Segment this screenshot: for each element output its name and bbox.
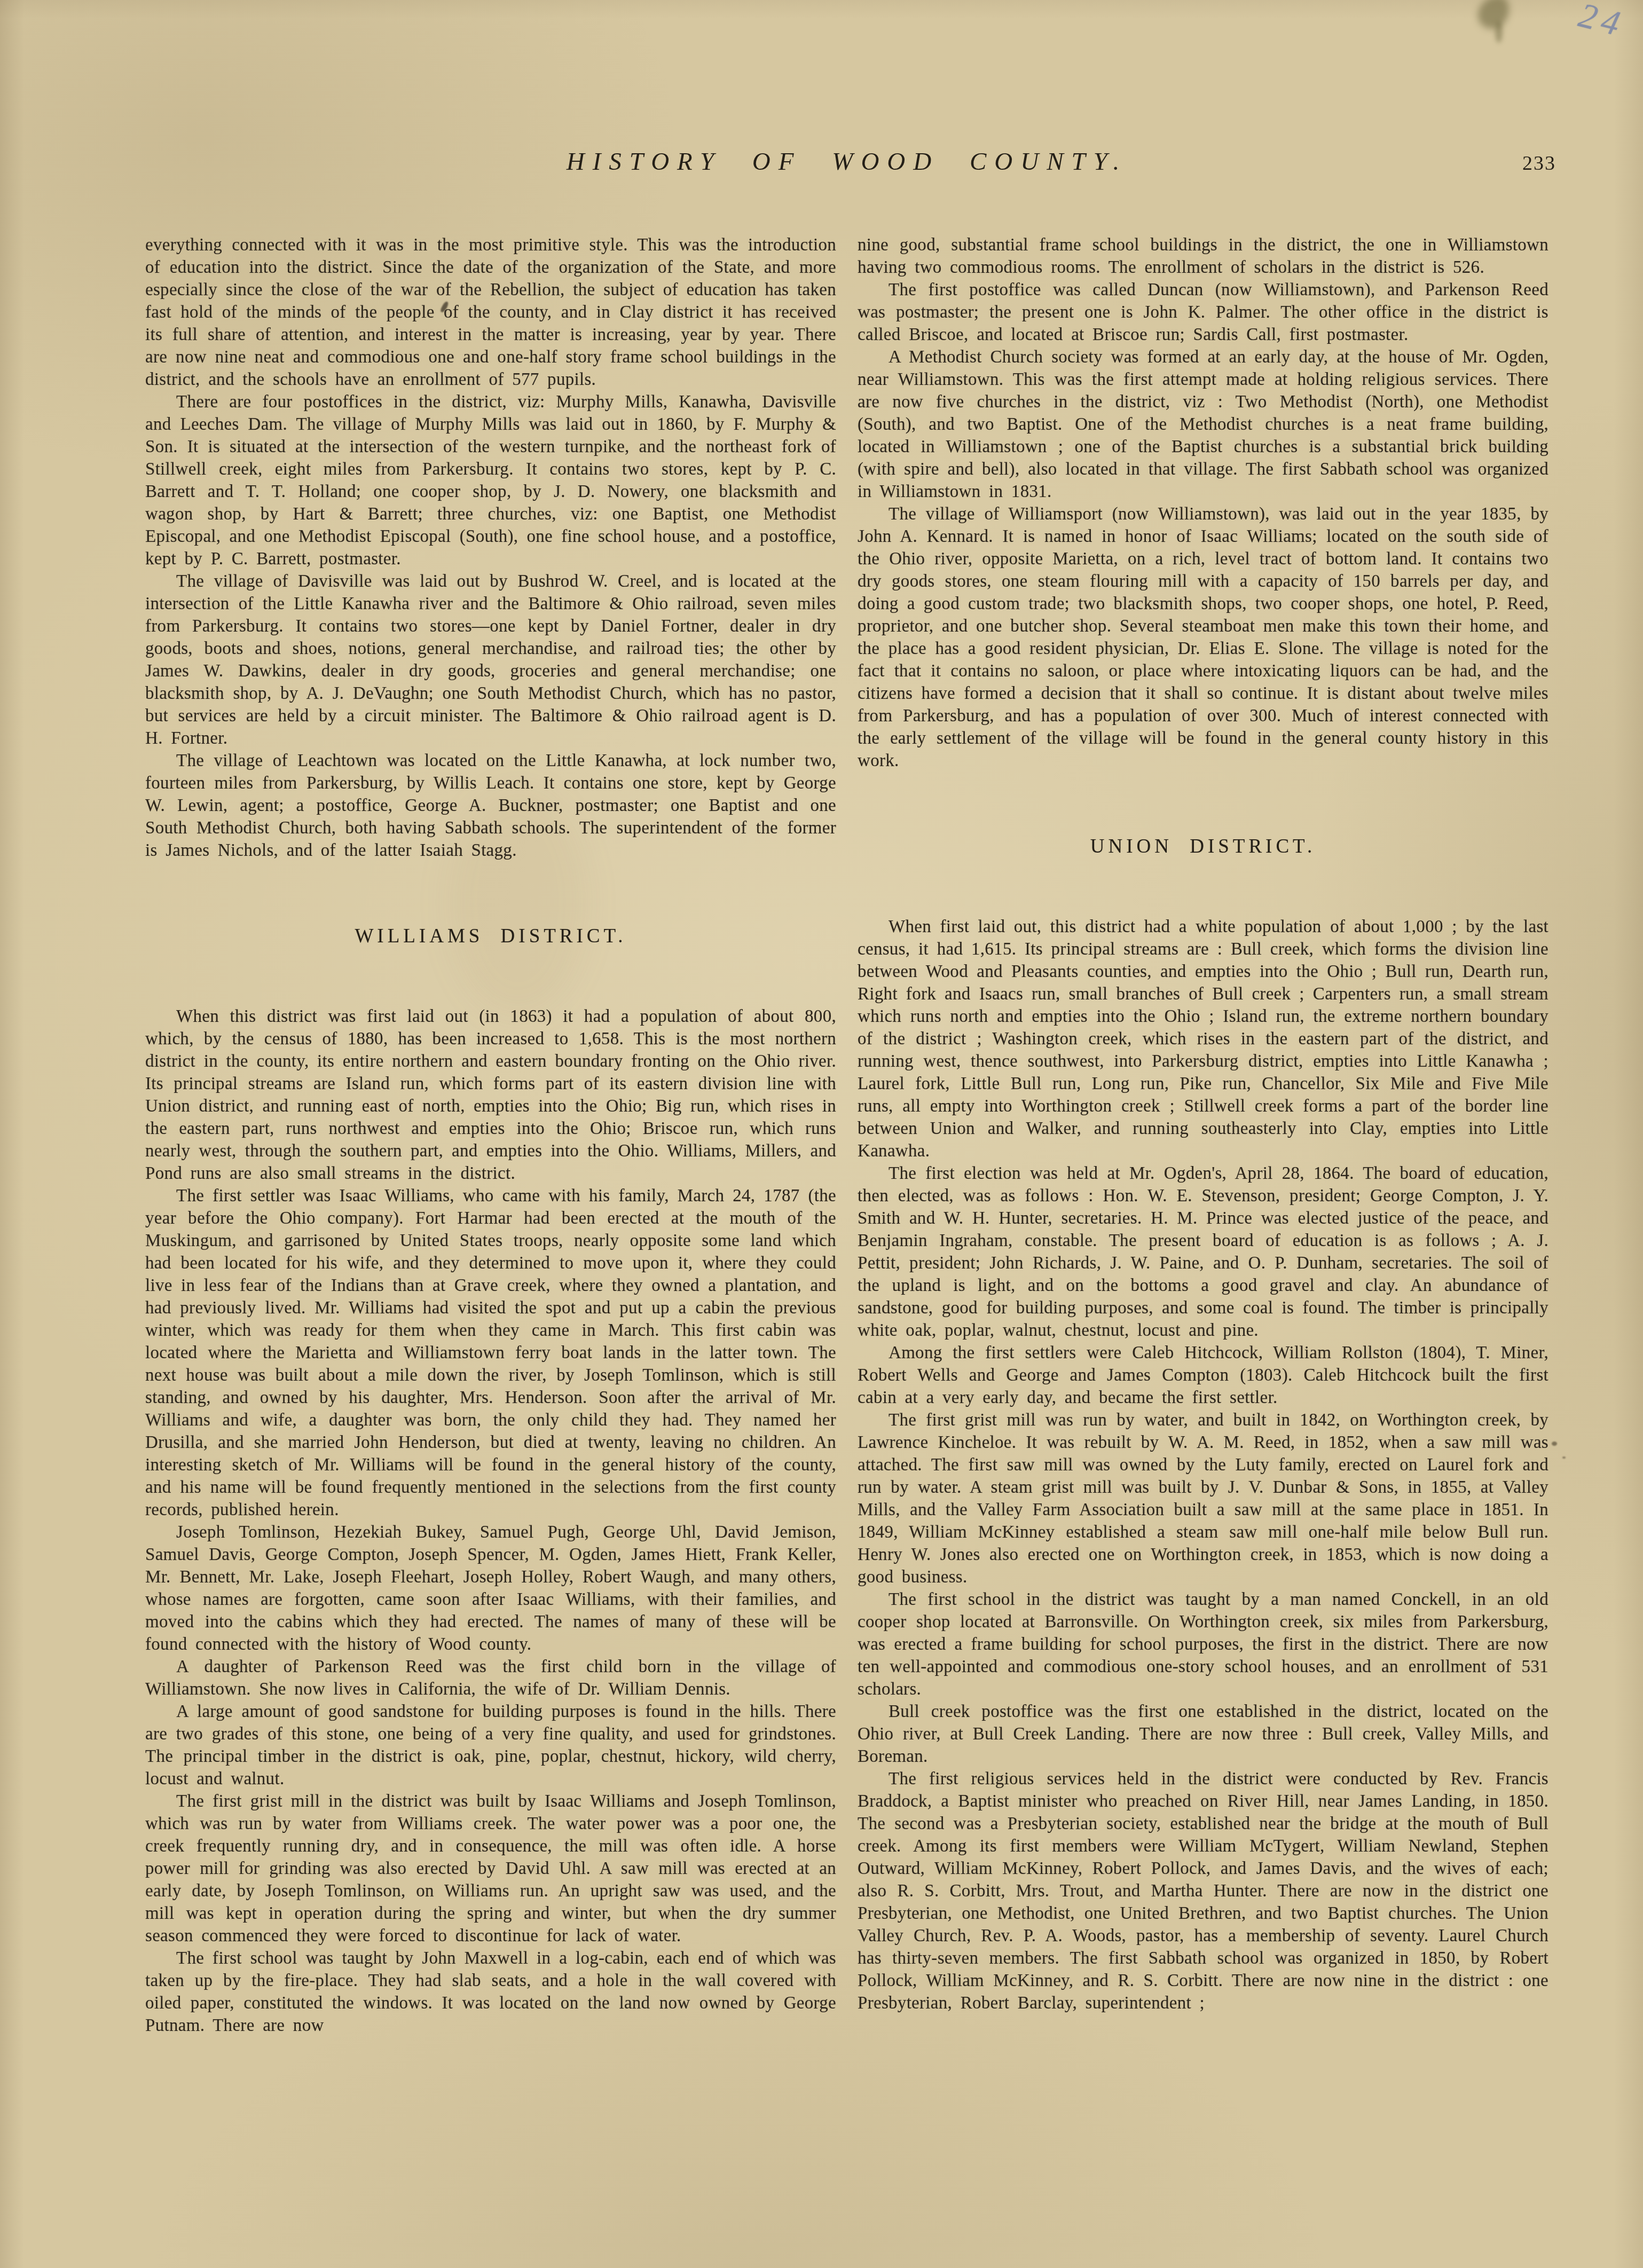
paragraph: The first school was taught by John Maxw… [145,1947,836,2037]
stain-smudge [1478,0,1509,29]
paragraph: The first school in the district was tau… [858,1588,1548,1700]
paragraph: There are four postoffices in the distri… [145,391,836,570]
paragraph: The first settler was Isaac Williams, wh… [145,1185,836,1521]
page-number: 233 [1522,152,1556,175]
text-column-left: everything connected with it was in the … [145,234,836,2037]
paragraph: The village of Leachtown was located on … [145,750,836,862]
paragraph: The village of Davisville was laid out b… [145,570,836,750]
book-page: 24 HISTORY OF WOOD COUNTY. 233 everythin… [0,0,1643,2268]
paragraph: The first grist mill in the district was… [145,1790,836,1947]
page-title: HISTORY OF WOOD COUNTY. [567,147,1128,176]
running-header: HISTORY OF WOOD COUNTY. 233 [145,147,1548,190]
paragraph: When first laid out, this district had a… [858,916,1548,1162]
paragraph: The village of Williamsport (now William… [858,503,1548,772]
paragraph: A large amount of good sandstone for bui… [145,1700,836,1790]
section-heading: WILLIAMS DISTRICT. [145,925,836,948]
paragraph: Among the first settlers were Caleb Hitc… [858,1342,1548,1409]
paragraph: Bull creek postoffice was the first one … [858,1700,1548,1768]
section-heading: UNION DISTRICT. [858,835,1548,858]
paragraph: The first grist mill was run by water, a… [858,1409,1548,1588]
handwritten-page-number: 24 [1575,0,1629,45]
ink-speck-margin [1552,1442,1557,1446]
paragraph: Joseph Tomlinson, Hezekiah Bukey, Samuel… [145,1521,836,1656]
text-column-right: nine good, substantial frame school buil… [858,234,1548,2037]
paragraph: The first religious services held in the… [858,1768,1548,2014]
paragraph: The first election was held at Mr. Ogden… [858,1162,1548,1342]
paragraph: A daughter of Parkenson Reed was the fir… [145,1656,836,1700]
text-columns: everything connected with it was in the … [145,234,1548,2037]
paragraph: The first postoffice was called Duncan (… [858,279,1548,346]
paragraph: nine good, substantial frame school buil… [858,234,1548,279]
paragraph: everything connected with it was in the … [145,234,836,391]
paragraph: A Methodist Church society was formed at… [858,346,1548,503]
paragraph: When this district was first laid out (i… [145,1005,836,1185]
stain-smudge-tail [1495,21,1503,43]
